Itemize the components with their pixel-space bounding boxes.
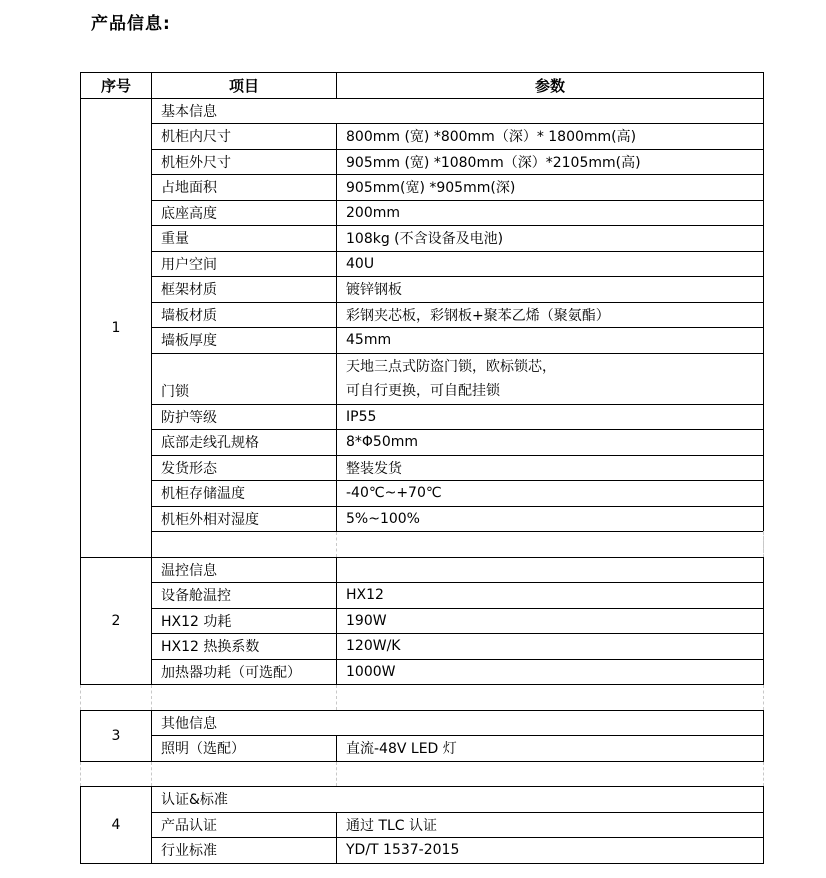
item-label: HX12 功耗	[152, 608, 337, 634]
item-label: 底部走线孔规格	[152, 430, 337, 456]
section-index: 3	[81, 710, 152, 761]
item-value: 5%~100%	[337, 506, 764, 532]
section-2-heading-row: 2 温控信息	[81, 557, 764, 583]
table-header-row: 序号 项目 参数	[81, 73, 764, 99]
spacer-row	[81, 685, 764, 711]
table-row: 机柜外尺寸905mm (宽) *1080mm（深）*2105mm(高)	[81, 149, 764, 175]
item-label: 墙板厚度	[152, 328, 337, 354]
item-value: IP55	[337, 404, 764, 430]
item-value: 镀锌钢板	[337, 277, 764, 303]
item-value: -40℃~+70℃	[337, 481, 764, 507]
table-row: 框架材质镀锌钢板	[81, 277, 764, 303]
item-label: 产品认证	[152, 812, 337, 838]
table-row: 占地面积905mm(宽) *905mm(深)	[81, 175, 764, 201]
section-index: 4	[81, 787, 152, 864]
section-1-heading-row: 1 基本信息	[81, 98, 764, 124]
item-value: 8*Φ50mm	[337, 430, 764, 456]
item-value: 1000W	[337, 659, 764, 685]
header-item: 项目	[152, 73, 337, 99]
product-spec-table: 序号 项目 参数 1 基本信息 机柜内尺寸800mm (宽) *800mm（深）…	[80, 72, 764, 864]
section-heading: 温控信息	[152, 557, 337, 583]
table-row: 底座高度200mm	[81, 200, 764, 226]
item-label: 防护等级	[152, 404, 337, 430]
table-row: 加热器功耗（可选配）1000W	[81, 659, 764, 685]
table-row: 墙板材质彩钢夹芯板，彩钢板+聚苯乙烯（聚氨酯）	[81, 302, 764, 328]
item-value-line: 可自行更换，可自配挂锁	[346, 379, 763, 403]
table-row: 设备舱温控HX12	[81, 583, 764, 609]
item-label: 机柜内尺寸	[152, 124, 337, 150]
table-row: 机柜外相对湿度5%~100%	[81, 506, 764, 532]
spacer-cell	[337, 685, 764, 711]
item-value: 200mm	[337, 200, 764, 226]
section-heading: 基本信息	[152, 98, 764, 124]
item-label: 占地面积	[152, 175, 337, 201]
item-value: 45mm	[337, 328, 764, 354]
item-value: 120W/K	[337, 634, 764, 660]
item-label: 行业标准	[152, 838, 337, 864]
item-label: 框架材质	[152, 277, 337, 303]
table-row: 底部走线孔规格8*Φ50mm	[81, 430, 764, 456]
page-title: 产品信息:	[91, 9, 171, 34]
item-label: 底座高度	[152, 200, 337, 226]
table-row: 机柜存储温度-40℃~+70℃	[81, 481, 764, 507]
item-value	[337, 557, 764, 583]
item-label: 机柜存储温度	[152, 481, 337, 507]
item-label: 墙板材质	[152, 302, 337, 328]
item-label: 用户空间	[152, 251, 337, 277]
item-label: 加热器功耗（可选配）	[152, 659, 337, 685]
spacer-row	[81, 761, 764, 787]
item-value: 905mm (宽) *1080mm（深）*2105mm(高)	[337, 149, 764, 175]
item-value: 直流-48V LED 灯	[337, 736, 764, 762]
table-row: 机柜内尺寸800mm (宽) *800mm（深）* 1800mm(高)	[81, 124, 764, 150]
item-value: 190W	[337, 608, 764, 634]
table-row: 行业标准YD/T 1537-2015	[81, 838, 764, 864]
item-label: 机柜外相对湿度	[152, 506, 337, 532]
section-index: 1	[81, 98, 152, 557]
spacer-cell	[152, 685, 337, 711]
item-label: HX12 热换系数	[152, 634, 337, 660]
header-index: 序号	[81, 73, 152, 99]
item-label: 门锁	[152, 353, 337, 404]
spacer-cell	[81, 685, 152, 711]
table-row: 产品认证通过 TLC 认证	[81, 812, 764, 838]
header-param: 参数	[337, 73, 764, 99]
table-row: HX12 热换系数120W/K	[81, 634, 764, 660]
item-label: 机柜外尺寸	[152, 149, 337, 175]
item-value: 800mm (宽) *800mm（深）* 1800mm(高)	[337, 124, 764, 150]
spacer-cell	[152, 532, 337, 558]
item-value-line: 天地三点式防盗门锁，欧标锁芯，	[346, 355, 763, 379]
spacer-cell	[337, 761, 764, 787]
item-value: 整装发货	[337, 455, 764, 481]
table-row: 重量108kg (不含设备及电池)	[81, 226, 764, 252]
item-value: YD/T 1537-2015	[337, 838, 764, 864]
spacer-cell	[152, 761, 337, 787]
item-value: 40U	[337, 251, 764, 277]
table-row: HX12 功耗190W	[81, 608, 764, 634]
item-value: 通过 TLC 认证	[337, 812, 764, 838]
item-value: 彩钢夹芯板，彩钢板+聚苯乙烯（聚氨酯）	[337, 302, 764, 328]
item-label: 发货形态	[152, 455, 337, 481]
table-row: 墙板厚度45mm	[81, 328, 764, 354]
table-row: 防护等级IP55	[81, 404, 764, 430]
spacer-row	[81, 532, 764, 558]
spacer-cell	[337, 532, 764, 558]
section-heading: 其他信息	[152, 710, 764, 736]
table-row: 照明（选配）直流-48V LED 灯	[81, 736, 764, 762]
item-label: 照明（选配）	[152, 736, 337, 762]
item-value: 天地三点式防盗门锁，欧标锁芯， 可自行更换，可自配挂锁	[337, 353, 764, 404]
section-4-heading-row: 4 认证&标准	[81, 787, 764, 813]
table-row: 用户空间40U	[81, 251, 764, 277]
table-row: 发货形态整装发货	[81, 455, 764, 481]
item-value: 905mm(宽) *905mm(深)	[337, 175, 764, 201]
spacer-cell	[81, 761, 152, 787]
item-value: HX12	[337, 583, 764, 609]
item-label: 设备舱温控	[152, 583, 337, 609]
section-heading: 认证&标准	[152, 787, 764, 813]
item-label: 重量	[152, 226, 337, 252]
section-index: 2	[81, 557, 152, 685]
item-value: 108kg (不含设备及电池)	[337, 226, 764, 252]
table-row: 门锁 天地三点式防盗门锁，欧标锁芯， 可自行更换，可自配挂锁	[81, 353, 764, 404]
section-3-heading-row: 3 其他信息	[81, 710, 764, 736]
